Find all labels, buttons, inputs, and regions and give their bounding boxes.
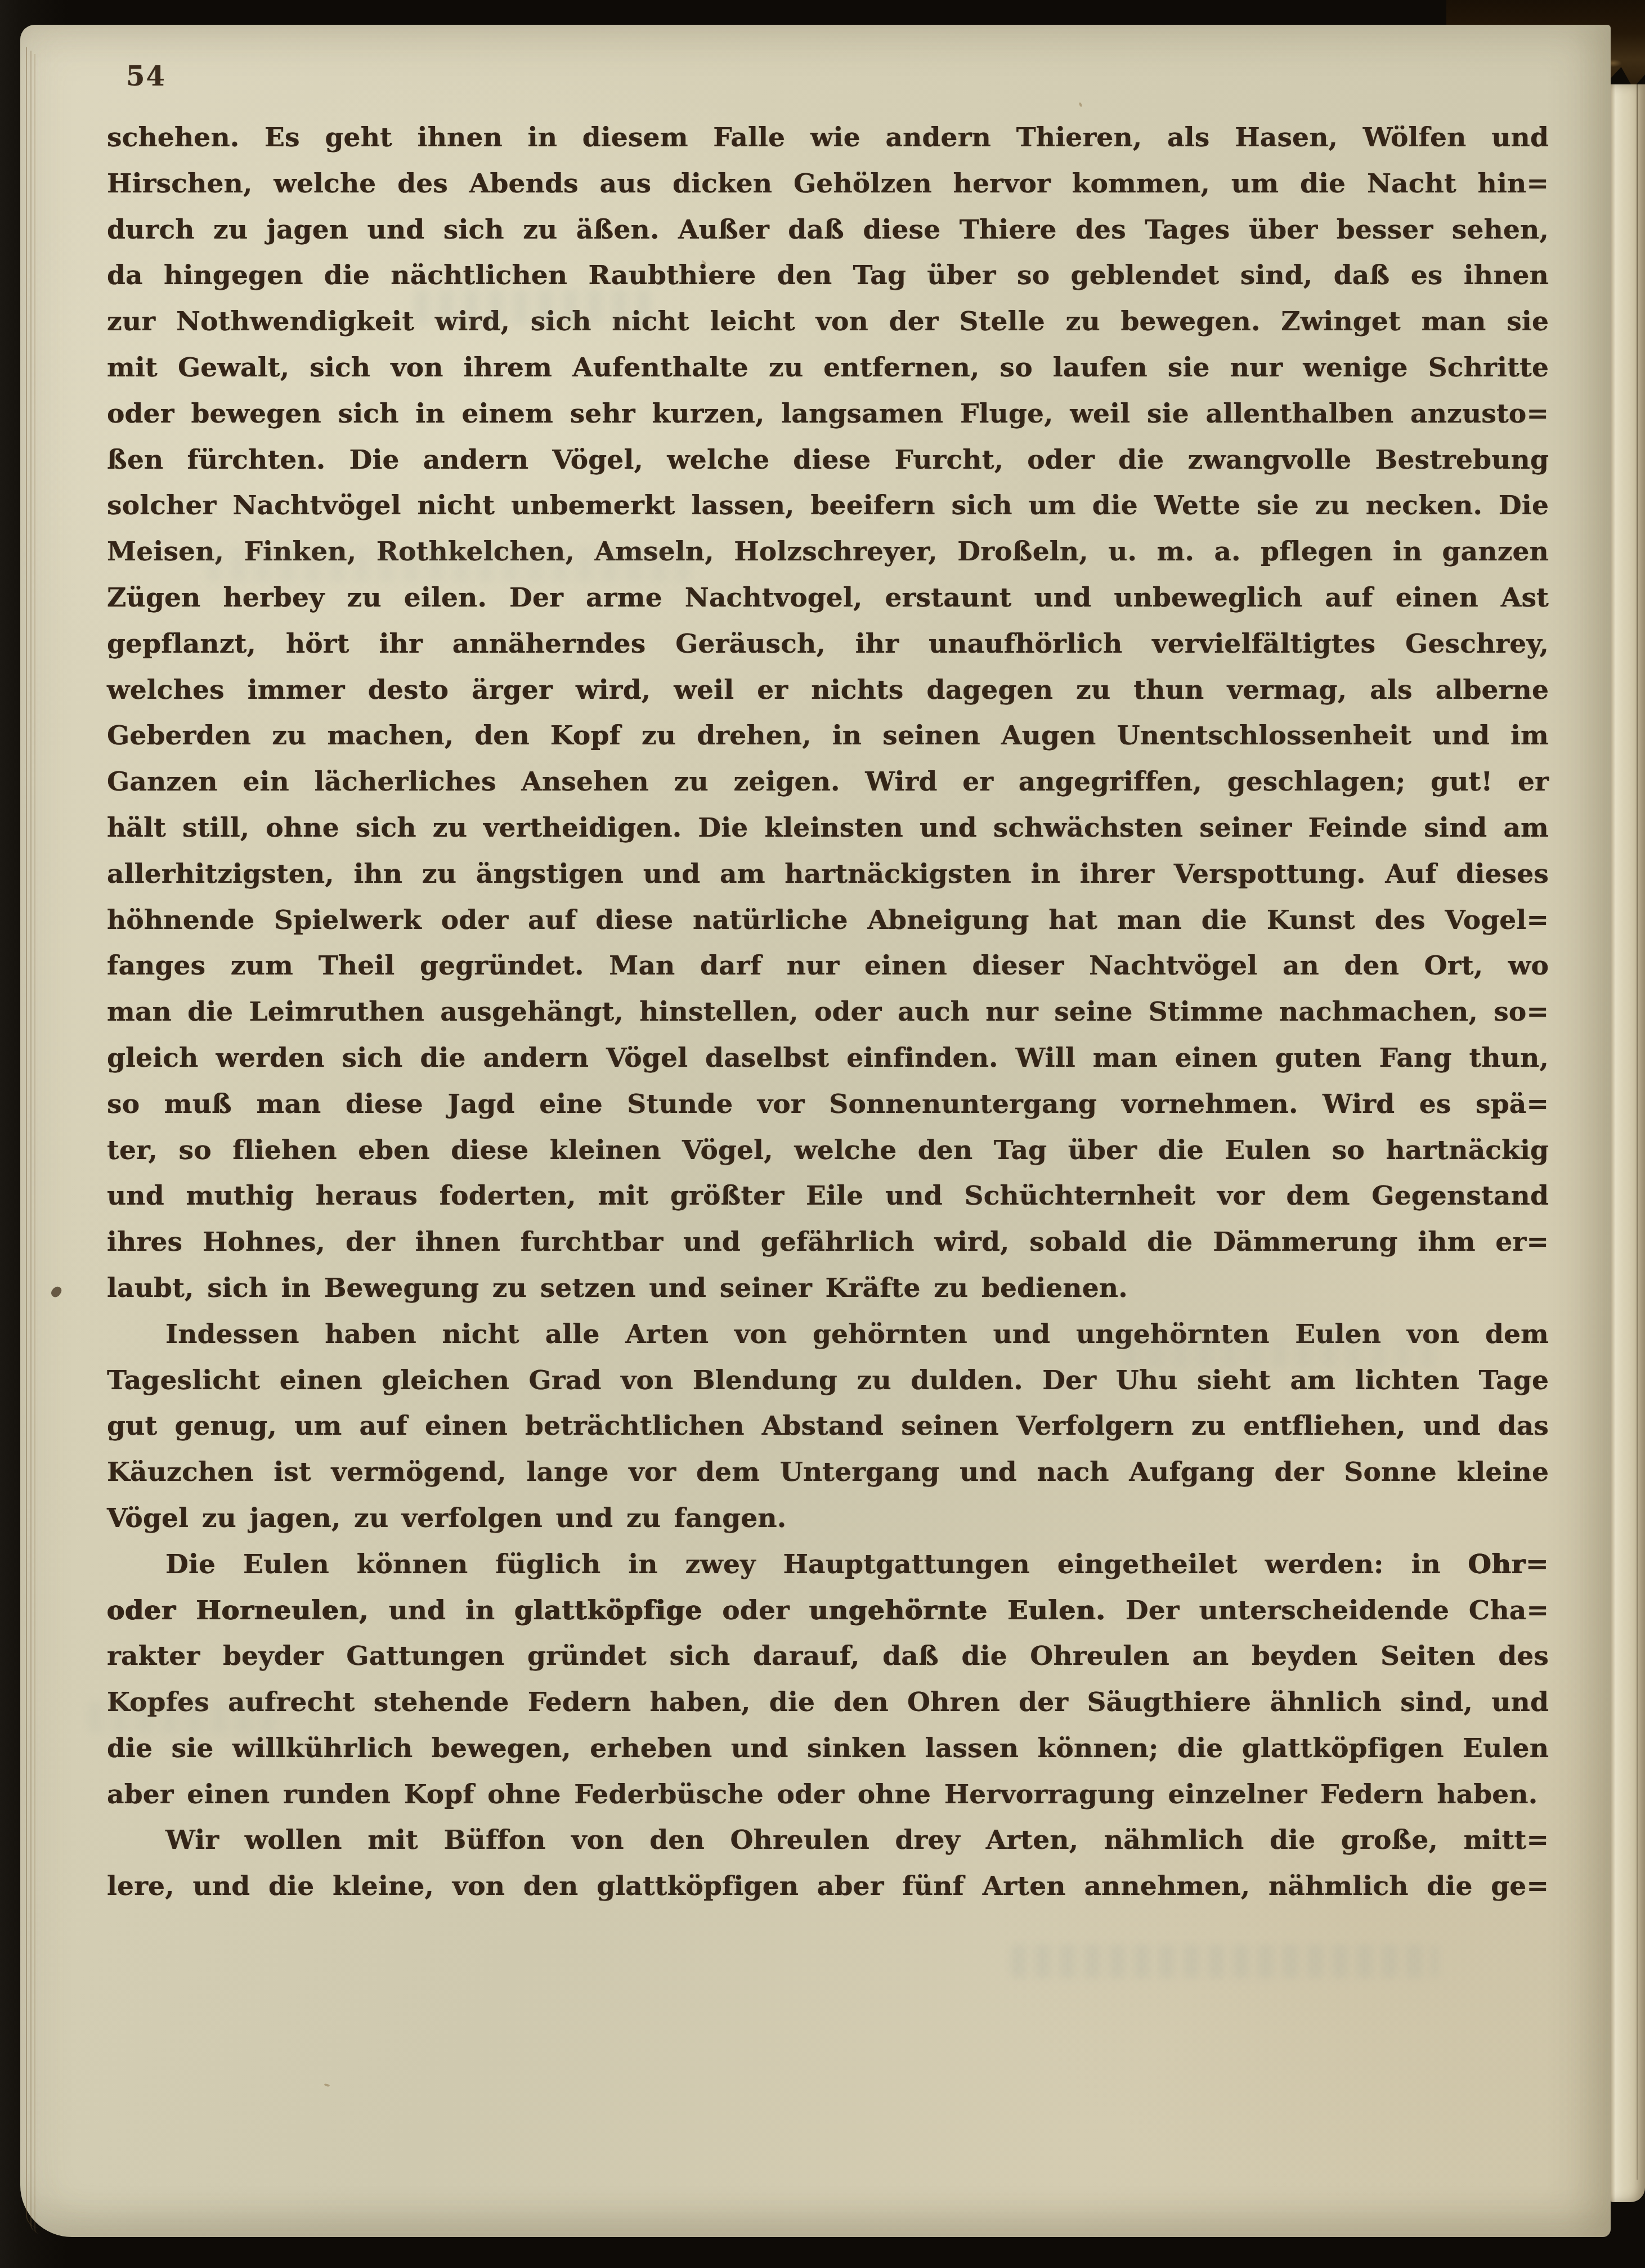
text-line: höhnende Spielwerk oder auf diese natürl… <box>107 897 1549 944</box>
emphasized-text: ungehörnte Eulen. <box>809 1595 1106 1626</box>
emphasized-text: glattköpfige <box>514 1595 702 1626</box>
book-page: 54 schehen. Es geht ihnen in diesem Fall… <box>20 25 1611 2237</box>
ink-speck <box>50 1285 63 1299</box>
text-line: Meisen, Finken, Rothkelchen, Amseln, Hol… <box>107 529 1549 575</box>
emphasized-text: oder Horneulen, <box>107 1595 369 1626</box>
page-number: 54 <box>126 61 166 92</box>
text-line: hält still, ohne sich zu vertheidigen. D… <box>107 805 1549 851</box>
text-line: die sie willkührlich bewegen, erheben un… <box>107 1726 1549 1772</box>
text-line: solcher Nachtvögel nicht unbemerkt lasse… <box>107 483 1549 529</box>
show-through-smudge <box>1011 1944 1438 1978</box>
text-line: Ganzen ein lächerliches Ansehen zu zeige… <box>107 759 1549 805</box>
text-line: lere, und die kleine, von den glattköpfi… <box>107 1863 1549 1910</box>
text-line: ter, so fliehen eben diese kleinen Vögel… <box>107 1128 1549 1174</box>
paper-fleck <box>324 2083 330 2087</box>
text-line: welches immer desto ärger wird, weil er … <box>107 667 1549 713</box>
text-line: und muthig heraus foderten, mit größter … <box>107 1173 1549 1219</box>
text-line: oder bewegen sich in einem sehr kurzen, … <box>107 391 1549 437</box>
text-line: aber einen runden Kopf ohne Federbüsche … <box>107 1772 1549 1818</box>
text-line: ßen fürchten. Die andern Vögel, welche d… <box>107 437 1549 483</box>
text-line: rakter beyder Gattungen gründet sich dar… <box>107 1633 1549 1679</box>
text-line: Vögel zu jagen, zu verfolgen und zu fang… <box>107 1495 1549 1542</box>
text-line: Zügen herbey zu eilen. Der arme Nachtvog… <box>107 575 1549 621</box>
text-line: mit Gewalt, sich von ihrem Aufenthalte z… <box>107 345 1549 391</box>
text-line: schehen. Es geht ihnen in diesem Falle w… <box>107 115 1549 161</box>
text-line: man die Leimruthen ausgehängt, hinstelle… <box>107 989 1549 1035</box>
text-line: oder Horneulen, und in glattköpfige oder… <box>107 1588 1549 1634</box>
text-line: Wir wollen mit Büffon von den Ohreulen d… <box>107 1817 1549 1863</box>
page-gap-line <box>1637 84 1638 2180</box>
text-line: ihres Hohnes, der ihnen furchtbar und ge… <box>107 1219 1549 1265</box>
book-photo: 54 schehen. Es geht ihnen in diesem Fall… <box>0 0 1645 2268</box>
text-line: Die Eulen können füglich in zwey Hauptga… <box>107 1542 1549 1588</box>
body-text: schehen. Es geht ihnen in diesem Falle w… <box>107 115 1549 1910</box>
text-line: zur Nothwendigkeit wird, sich nicht leic… <box>107 299 1549 345</box>
text-line: gleich werden sich die andern Vögel dase… <box>107 1035 1549 1081</box>
text-line: fanges zum Theil gegründet. Man darf nur… <box>107 943 1549 989</box>
text-line: so muß man diese Jagd eine Stunde vor So… <box>107 1081 1549 1128</box>
paper-fleck <box>1079 102 1082 107</box>
text-line: Hirschen, welche des Abends aus dicken G… <box>107 161 1549 207</box>
stacked-page-edges <box>26 47 39 2228</box>
text-line: laubt, sich in Bewegung zu setzen und se… <box>107 1265 1549 1312</box>
adjacent-page-edge <box>1611 84 1645 2202</box>
text-line: da hingegen die nächtlichen Raubthiere d… <box>107 253 1549 299</box>
text-line: Tageslicht einen gleichen Grad von Blend… <box>107 1358 1549 1404</box>
text-line: Käuzchen ist vermögend, lange vor dem Un… <box>107 1449 1549 1495</box>
emphasized-text: Ohr= <box>1468 1549 1549 1580</box>
text-line: Geberden zu machen, den Kopf zu drehen, … <box>107 713 1549 759</box>
text-line: gepflanzt, hört ihr annäherndes Geräusch… <box>107 621 1549 667</box>
text-line: allerhitzigsten, ihn zu ängstigen und am… <box>107 851 1549 897</box>
text-line: durch zu jagen und sich zu äßen. Außer d… <box>107 207 1549 253</box>
text-line: Kopfes aufrecht stehende Federn haben, d… <box>107 1679 1549 1726</box>
text-line: Indessen haben nicht alle Arten von gehö… <box>107 1312 1549 1358</box>
text-line: gut genug, um auf einen beträchtlichen A… <box>107 1403 1549 1449</box>
